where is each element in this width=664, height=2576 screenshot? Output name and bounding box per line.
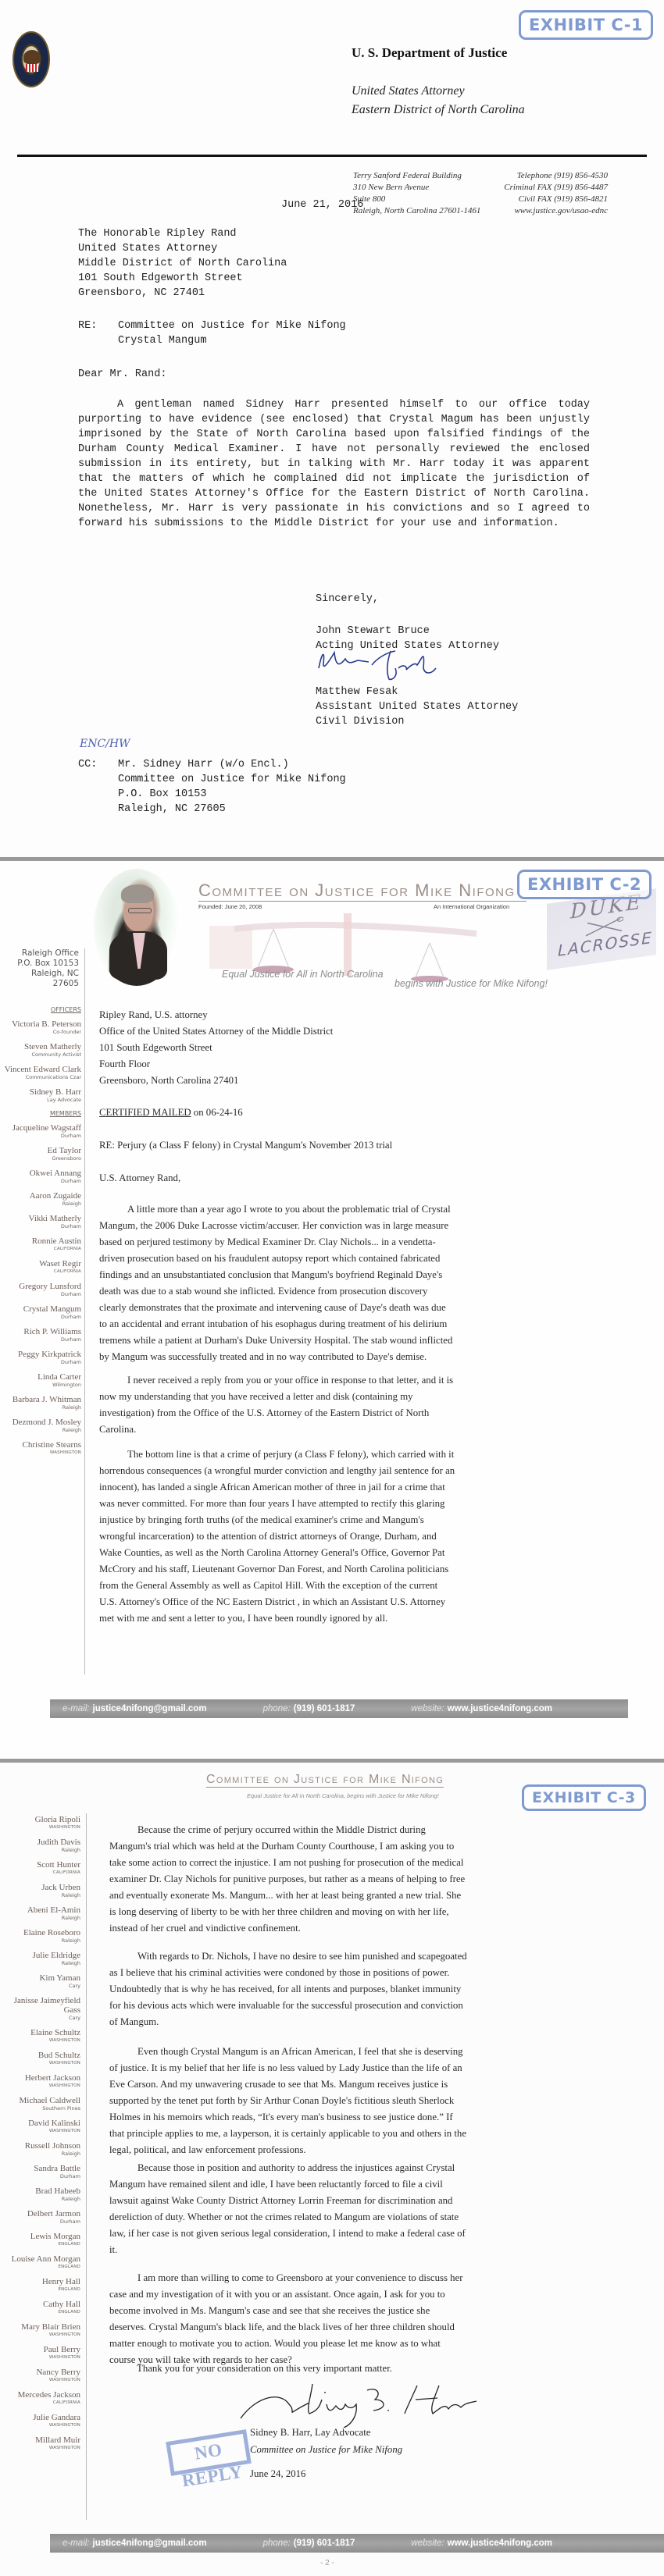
roster-entry: Millard MuirWASHINGTON: [0, 2435, 80, 2452]
roster-entry: Waset RegirCALIFORNIA: [0, 1259, 81, 1276]
re-line: RE: Perjury (a Class F felony) in Crysta…: [99, 1137, 392, 1154]
member-name: Peggy Kirkpatrick: [0, 1350, 81, 1359]
handwritten-note: ENC/HW: [80, 738, 130, 750]
roster-entry: Gloria RipoliWASHINGTON: [0, 1815, 80, 1831]
roster-entry: Linda CarterWilmington: [0, 1372, 81, 1389]
re-line: RE: Committee on Justice for Mike Nifong…: [78, 318, 346, 348]
certified-label: CERTIFIED MAILED: [99, 1107, 191, 1118]
cc-line: P.O. Box 10153: [118, 787, 346, 802]
tagline-part-1: Equal Justice for All in North Carolina: [222, 969, 384, 980]
signer-block-secondary: Matthew Fesak Assistant United States At…: [316, 685, 518, 729]
roster-entry: Ronnie AustinCALIFORNIA: [0, 1236, 81, 1253]
member-name: Dezmond J. Mosley: [0, 1418, 81, 1427]
member-name: Julie Gandara: [0, 2413, 80, 2422]
roster-entry: Delbert JarmonDurham: [0, 2209, 80, 2226]
cc-label: CC:: [78, 757, 118, 817]
member-location: Raleigh: [0, 2196, 80, 2203]
roster-entry: Nancy BerryWASHINGTON: [0, 2368, 80, 2384]
letterhead-title: U. S. Department of Justice: [352, 45, 507, 61]
member-location: WASHINGTON: [0, 2332, 80, 2339]
member-name: Bud Schultz: [0, 2051, 80, 2060]
roster-entry: Michael CaldwellSouthern Pines: [0, 2096, 80, 2112]
member-location: Durham: [0, 1336, 81, 1343]
roster-entry: Julie EldridgeRaleigh: [0, 1951, 80, 1967]
member-name: Sandra Battle: [0, 2164, 80, 2173]
body-paragraph: The bottom line is that a crime of perju…: [99, 1446, 455, 1627]
member-location: Raleigh: [0, 1404, 81, 1411]
member-location: Raleigh: [0, 1937, 80, 1944]
member-location: CALIFORNIA: [0, 1870, 80, 1877]
member-name: Jacqueline Wagstaff: [0, 1123, 81, 1133]
roster-entry: Louise Ann MorganENGLAND: [0, 2254, 80, 2271]
roster-entry: Barbara J. WhitmanRaleigh: [0, 1395, 81, 1411]
no-reply-stamp: NO REPLY: [166, 2429, 252, 2476]
address-line: Raleigh, North Carolina 27601-1461: [353, 205, 480, 217]
body-paragraph: Because the crime of perjury occurred wi…: [109, 1822, 467, 1937]
member-location: Cary: [0, 1983, 80, 1990]
member-location: WASHINGTON: [0, 1824, 80, 1831]
email-label: e-mail:: [62, 2539, 90, 2548]
phone-link[interactable]: (919) 601-1817: [294, 1704, 355, 1713]
addressee-line: United States Attorney: [78, 241, 287, 256]
portrait-photo-icon: [94, 869, 180, 986]
member-location: ENGLAND: [0, 2286, 80, 2293]
body-paragraph: With regards to Dr. Nichols, I have no d…: [109, 1948, 467, 2030]
cc-block: CC: Mr. Sidney Harr (w/o Encl.) Committe…: [78, 757, 346, 817]
member-name: Crystal Mangum: [0, 1304, 81, 1314]
roster-entry: Scott HunterCALIFORNIA: [0, 1860, 80, 1877]
contact-footer: e-mail:justice4nifong@gmail.com phone:(9…: [50, 2534, 664, 2553]
contact-footer: e-mail:justice4nifong@gmail.com phone:(9…: [50, 1699, 628, 1718]
roster-entry: Russell JohnsonRaleigh: [0, 2141, 80, 2158]
sidebar-divider: [84, 948, 85, 1674]
member-name: Gloria Ripoli: [0, 1815, 80, 1824]
website-link[interactable]: www.justice.gov/usao-ednc: [500, 205, 608, 217]
roster-entry: Henry HallENGLAND: [0, 2277, 80, 2293]
roster-entry: Mercedes JacksonCALIFORNIA: [0, 2390, 80, 2407]
member-name: Ed Taylor: [0, 1146, 81, 1155]
member-name: Elaine Schultz: [0, 2028, 80, 2037]
member-location: WASHINGTON: [0, 2060, 80, 2067]
signer-name: Matthew Fesak: [316, 685, 518, 699]
member-name: Aaron Zugaide: [0, 1191, 81, 1201]
salutation: Dear Mr. Rand:: [78, 367, 166, 382]
member-name: Nancy Berry: [0, 2368, 80, 2377]
member-location: Raleigh: [0, 1201, 81, 1208]
closing: Sincerely,: [316, 592, 379, 607]
member-location: Durham: [0, 2218, 80, 2226]
member-location: Wilmington: [0, 1382, 81, 1389]
letter-body: A gentleman named Sidney Harr presented …: [78, 397, 590, 531]
member-name: Victoria B. Peterson: [0, 1019, 81, 1029]
re-label: RE:: [78, 318, 118, 348]
committee-title: Committee on Justice for Mike Nifong: [206, 1773, 444, 1788]
letterhead-contact: Telephone (919) 856-4530 Criminal FAX (9…: [500, 170, 608, 217]
body-paragraph: Because those in position and authority …: [109, 2160, 467, 2258]
member-name: Judith Davis: [0, 1838, 80, 1847]
member-name: Okwei Annang: [0, 1169, 81, 1178]
roster-entry: Crystal MangumDurham: [0, 1304, 81, 1321]
addressee-block: The Honorable Ripley Rand United States …: [78, 226, 287, 301]
member-location: CALIFORNIA: [0, 1268, 81, 1276]
roster-entry: Brad HabeebRaleigh: [0, 2186, 80, 2203]
member-name: Scott Hunter: [0, 1860, 80, 1870]
office-line: 27605: [0, 979, 79, 989]
body-paragraph: I never received a reply from you or you…: [99, 1372, 455, 1438]
member-location: Durham: [0, 2173, 80, 2180]
salutation: U.S. Attorney Rand,: [99, 1170, 180, 1187]
member-location: Durham: [0, 1291, 81, 1298]
roster-entry: Elaine RoseboroRaleigh: [0, 1928, 80, 1944]
tagline: Equal Justice for All in North Carolina,…: [247, 1792, 439, 1799]
exhibit-stamp: EXHIBIT C-1: [519, 10, 653, 40]
signer-title: Assistant United States Attorney: [316, 699, 518, 714]
member-name: Barbara J. Whitman: [0, 1395, 81, 1404]
member-name: Lewis Morgan: [0, 2232, 80, 2241]
page-number: - 2 -: [320, 2559, 334, 2567]
addressee-line: Middle District of North Carolina: [78, 256, 287, 271]
roster-entry: Aaron ZugaideRaleigh: [0, 1191, 81, 1208]
roster-entry: Sidney B. HarrLay Advocate: [0, 1087, 81, 1104]
roster-entry: Lewis MorganENGLAND: [0, 2232, 80, 2248]
contact-line: Civil FAX (919) 856-4821: [500, 194, 608, 205]
member-name: Gregory Lunsford: [0, 1282, 81, 1291]
member-name: Kim Yaman: [0, 1973, 80, 1983]
website-label: website:: [411, 2539, 444, 2548]
member-location: Durham: [0, 1223, 81, 1230]
address-line: 310 New Bern Avenue: [353, 182, 480, 194]
exhibit-stamp: EXHIBIT C-2: [517, 870, 652, 899]
member-location: WASHINGTON: [0, 2037, 80, 2044]
members-header: MEMBERS: [0, 1110, 81, 1117]
roster-entry: Jacqueline WagstaffDurham: [0, 1123, 81, 1140]
member-location: Raleigh: [0, 1427, 81, 1434]
member-name: Michael Caldwell: [0, 2096, 80, 2105]
member-location: Raleigh: [0, 1915, 80, 1922]
roster-entry: Vincent Edward ClarkCommunications Czar: [0, 1065, 81, 1081]
address-line: Terry Sanford Federal Building: [353, 170, 480, 182]
cc-line: Raleigh, NC 27605: [118, 802, 346, 817]
roster-entry: Gregory LunsfordDurham: [0, 1282, 81, 1298]
member-location: Raleigh: [0, 2151, 80, 2158]
signer-organization: Committee on Justice for Mike Nifong: [250, 2442, 402, 2458]
member-location: ENGLAND: [0, 2264, 80, 2271]
roster-entry: Okwei AnnangDurham: [0, 1169, 81, 1185]
roster-entry: Herbert JacksonWASHINGTON: [0, 2073, 80, 2090]
letterhead-subtitle: United States Attorney Eastern District …: [352, 82, 525, 119]
roster-entry: Dezmond J. MosleyRaleigh: [0, 1418, 81, 1434]
member-name: Herbert Jackson: [0, 2073, 80, 2083]
member-name: Linda Carter: [0, 1372, 81, 1382]
handwritten-signature-fesak-icon: [314, 645, 486, 684]
member-location: WASHINGTON: [0, 2128, 80, 2135]
exhibit-stamp: EXHIBIT C-3: [522, 1784, 646, 1811]
member-location: Southern Pines: [0, 2105, 80, 2112]
office-address: Raleigh Office P.O. Box 10153 Raleigh, N…: [0, 948, 79, 989]
member-name: David Kalinski: [0, 2119, 80, 2128]
org-type: An International Organization: [434, 903, 509, 910]
member-name: Julie Eldridge: [0, 1951, 80, 1960]
roster-entry: Christine StearnsWASHINGTON: [0, 1440, 81, 1457]
tagline-part-2: begins with Justice for Mike Nifong!: [394, 978, 548, 989]
website-link[interactable]: www.justice4nifong.com: [448, 2539, 552, 2548]
officers-header: OFFICERS: [0, 1006, 81, 1013]
roster-entry: Ed TaylorGreensboro: [0, 1146, 81, 1162]
committee-roster: Gloria RipoliWASHINGTON Judith DavisRale…: [0, 1815, 80, 2458]
member-location: WASHINGTON: [0, 2354, 80, 2361]
addressee-line: Greensboro, North Carolina 27401: [99, 1073, 333, 1089]
duke-lacrosse-logo: DUKE LACROSSE: [547, 888, 656, 970]
letter-date: June 21, 2016: [281, 197, 363, 212]
website-link[interactable]: www.justice4nifong.com: [448, 1704, 552, 1713]
subtitle-line: United States Attorney: [352, 82, 525, 101]
member-role: Community Activist: [0, 1051, 81, 1059]
email-link[interactable]: justice4nifong@gmail.com: [93, 2539, 207, 2548]
roster-entry: Bud SchultzWASHINGTON: [0, 2051, 80, 2067]
subtitle-line: Eastern District of North Carolina: [352, 101, 525, 119]
thanks-line: Thank you for your consideration on this…: [137, 2361, 392, 2377]
roster-entry: Sandra BattleDurham: [0, 2164, 80, 2180]
addressee-line: Ripley Rand, U.S. attorney: [99, 1007, 333, 1023]
phone-label: phone:: [263, 2539, 291, 2548]
member-location: ENGLAND: [0, 2241, 80, 2248]
member-name: Cathy Hall: [0, 2300, 80, 2309]
roster-entry: Vikki MatherlyDurham: [0, 1214, 81, 1230]
member-location: WASHINGTON: [0, 2083, 80, 2090]
doj-seal-icon: [12, 31, 50, 87]
member-location: WASHINGTON: [0, 2422, 80, 2429]
member-name: Millard Muir: [0, 2435, 80, 2445]
member-location: WASHINGTON: [0, 1450, 81, 1457]
contact-line: Criminal FAX (919) 856-4487: [500, 182, 608, 194]
sidebar-divider: [86, 1813, 87, 2520]
certified-date: on 06-24-16: [191, 1107, 243, 1118]
roster-entry: Victoria B. PetersonCo-founder: [0, 1019, 81, 1036]
addressee-line: Fourth Floor: [99, 1056, 333, 1073]
body-paragraph: Even though Crystal Mangum is an African…: [109, 2044, 467, 2158]
member-location: Durham: [0, 1133, 81, 1140]
roster-entry: Abeni El-AminRaleigh: [0, 1905, 80, 1922]
roster-entry: Cathy HallENGLAND: [0, 2300, 80, 2316]
email-link[interactable]: justice4nifong@gmail.com: [93, 1704, 207, 1713]
roster-entry: Julie GandaraWASHINGTON: [0, 2413, 80, 2429]
member-location: WASHINGTON: [0, 2377, 80, 2384]
member-name: Mercedes Jackson: [0, 2390, 80, 2400]
website-label: website:: [411, 1704, 444, 1713]
signer-division: Civil Division: [316, 714, 518, 729]
member-role: Communications Czar: [0, 1074, 81, 1081]
letterhead-divider: [17, 155, 647, 157]
roster-entry: Paul BerryWASHINGTON: [0, 2345, 80, 2361]
email-label: e-mail:: [62, 1704, 90, 1713]
body-paragraph: I am more than willing to come to Greens…: [109, 2270, 467, 2368]
signer-name: Sidney B. Harr, Lay Advocate: [250, 2425, 370, 2441]
phone-label: phone:: [263, 1704, 291, 1713]
addressee-line: Greensboro, NC 27401: [78, 286, 287, 301]
cc-line: Committee on Justice for Mike Nifong: [118, 772, 346, 787]
member-location: Greensboro: [0, 1155, 81, 1162]
member-name: Brad Habeeb: [0, 2186, 80, 2196]
member-name: Russell Johnson: [0, 2141, 80, 2151]
certified-mail-line: CERTIFIED MAILED on 06-24-16: [99, 1105, 243, 1121]
cc-line: Mr. Sidney Harr (w/o Encl.): [118, 757, 346, 772]
member-role: Lay Advocate: [0, 1097, 81, 1104]
committee-roster: OFFICERS Victoria B. PetersonCo-founder …: [0, 1002, 81, 1463]
member-name: Jack Urben: [0, 1883, 80, 1892]
body-paragraph: A little more than a year ago I wrote to…: [99, 1201, 455, 1365]
office-line: Raleigh Office: [0, 948, 79, 959]
member-name: Ronnie Austin: [0, 1236, 81, 1246]
member-name: Abeni El-Amin: [0, 1905, 80, 1915]
member-location: Durham: [0, 1314, 81, 1321]
member-location: Durham: [0, 1359, 81, 1366]
member-location: Cary: [0, 2015, 80, 2022]
member-location: WASHINGTON: [0, 2445, 80, 2452]
member-location: Raleigh: [0, 1892, 80, 1899]
member-name: Waset Regir: [0, 1259, 81, 1268]
member-name: Mary Blair Brien: [0, 2322, 80, 2332]
founded-date: Founded: June 20, 2008: [198, 903, 262, 910]
member-name: Henry Hall: [0, 2277, 80, 2286]
signer-name: John Stewart Bruce: [316, 624, 499, 639]
roster-entry: David KalinskiWASHINGTON: [0, 2119, 80, 2135]
signed-date: June 24, 2016: [250, 2466, 305, 2482]
committee-title: Committee on Justice for Mike Nifong: [198, 881, 527, 902]
re-subject: Committee on Justice for Mike Nifong: [118, 318, 346, 333]
member-name: Christine Stearns: [0, 1440, 81, 1450]
member-name: Janisse Jaimeyfield Gass: [0, 1996, 80, 2015]
exhibit-c1-doj-letter: U. S. Department of Justice EXHIBIT C-1 …: [0, 0, 664, 857]
member-name: Rich P. Williams: [0, 1327, 81, 1336]
phone-link[interactable]: (919) 601-1817: [294, 2539, 355, 2548]
addressee-block: Ripley Rand, U.S. attorney Office of the…: [99, 1007, 333, 1089]
roster-entry: Elaine SchultzWASHINGTON: [0, 2028, 80, 2044]
roster-entry: Peggy KirkpatrickDurham: [0, 1350, 81, 1366]
exhibit-c2-committee-letter: Committee on Justice for Mike Nifong Fou…: [0, 861, 664, 1759]
member-role: Co-founder: [0, 1029, 81, 1036]
addressee-line: The Honorable Ripley Rand: [78, 226, 287, 241]
member-location: ENGLAND: [0, 2309, 80, 2316]
member-location: Raleigh: [0, 1960, 80, 1967]
letterhead-address: Terry Sanford Federal Building 310 New B…: [353, 170, 480, 217]
roster-entry: Steven MatherlyCommunity Activist: [0, 1042, 81, 1059]
office-line: Raleigh, NC: [0, 969, 79, 979]
handwritten-signature-harr-icon: [234, 2381, 492, 2428]
roster-entry: Rich P. WilliamsDurham: [0, 1327, 81, 1343]
member-location: Durham: [0, 1178, 81, 1185]
address-line: Suite 800: [353, 194, 480, 205]
member-name: Steven Matherly: [0, 1042, 81, 1051]
exhibit-c3-committee-letter-page2: Committee on Justice for Mike Nifong Equ…: [0, 1763, 664, 2576]
member-name: Delbert Jarmon: [0, 2209, 80, 2218]
roster-entry: Judith DavisRaleigh: [0, 1838, 80, 1854]
member-location: CALIFORNIA: [0, 2400, 80, 2407]
roster-entry: Janisse Jaimeyfield GassCary: [0, 1996, 80, 2022]
contact-line: Telephone (919) 856-4530: [500, 170, 608, 182]
member-name: Louise Ann Morgan: [0, 2254, 80, 2264]
member-name: Sidney B. Harr: [0, 1087, 81, 1097]
member-name: Vincent Edward Clark: [0, 1065, 81, 1074]
addressee-line: 101 South Edgeworth Street: [99, 1040, 333, 1056]
member-name: Elaine Roseboro: [0, 1928, 80, 1937]
member-location: Raleigh: [0, 1847, 80, 1854]
roster-entry: Jack UrbenRaleigh: [0, 1883, 80, 1899]
roster-entry: Mary Blair BrienWASHINGTON: [0, 2322, 80, 2339]
member-location: CALIFORNIA: [0, 1246, 81, 1253]
member-name: Paul Berry: [0, 2345, 80, 2354]
addressee-line: 101 South Edgeworth Street: [78, 271, 287, 286]
member-name: Vikki Matherly: [0, 1214, 81, 1223]
addressee-line: Office of the United States Attorney of …: [99, 1023, 333, 1040]
office-line: P.O. Box 10153: [0, 959, 79, 969]
re-subject: Crystal Mangum: [118, 333, 346, 348]
roster-entry: Kim YamanCary: [0, 1973, 80, 1990]
